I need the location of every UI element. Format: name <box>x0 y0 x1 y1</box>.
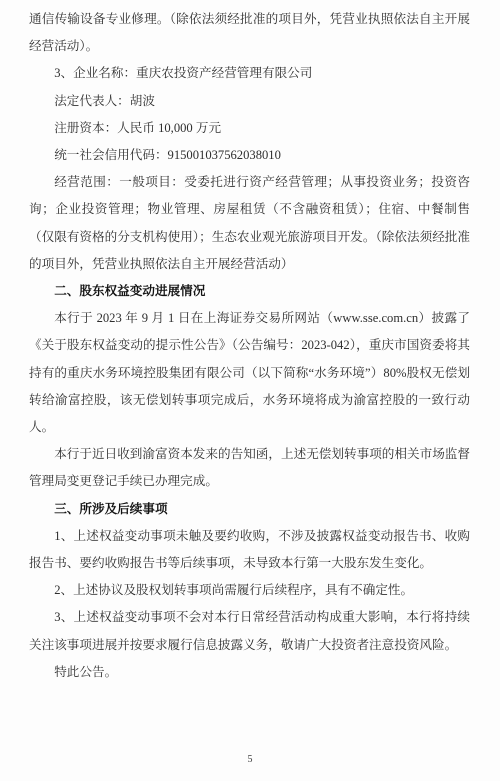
paragraph: 通信传输设备专业修理。（除依法须经批准的项目外，凭营业执照依法自主开展经营活动）… <box>29 6 470 60</box>
paragraph: 经营范围：一般项目：受委托进行资产经营管理；从事投资业务；投资咨询；企业投资管理… <box>29 169 470 278</box>
section-heading: 二、股东权益变动进展情况 <box>29 278 470 305</box>
paragraph: 本行于近日收到渝富资本发来的告知函，上述无偿划转事项的相关市场监督管理局变更登记… <box>29 441 470 495</box>
page-number: 5 <box>0 753 500 767</box>
paragraph: 统一社会信用代码：915001037562038010 <box>29 142 470 169</box>
paragraph: 3、企业名称：重庆农投资产经营管理有限公司 <box>29 60 470 87</box>
paragraph: 2、上述协议及股权划转事项尚需履行后续程序，具有不确定性。 <box>29 577 470 604</box>
paragraph: 本行于 2023 年 9 月 1 日在上海证券交易所网站（www.sse.com… <box>29 305 470 441</box>
document-page: 通信传输设备专业修理。（除依法须经批准的项目外，凭营业执照依法自主开展经营活动）… <box>0 0 500 781</box>
section-heading: 三、所涉及后续事项 <box>29 496 470 523</box>
paragraph: 3、上述权益变动事项不会对本行日常经营活动构成重大影响，本行将持续关注该事项进展… <box>29 604 470 658</box>
paragraph: 法定代表人：胡波 <box>29 88 470 115</box>
paragraph: 1、上述权益变动事项未触及要约收购，不涉及披露权益变动报告书、收购报告书、要约收… <box>29 523 470 577</box>
paragraph: 特此公告。 <box>29 659 470 686</box>
paragraph: 注册资本：人民币 10,000 万元 <box>29 115 470 142</box>
document-body: 通信传输设备专业修理。（除依法须经批准的项目外，凭营业执照依法自主开展经营活动）… <box>29 6 470 686</box>
